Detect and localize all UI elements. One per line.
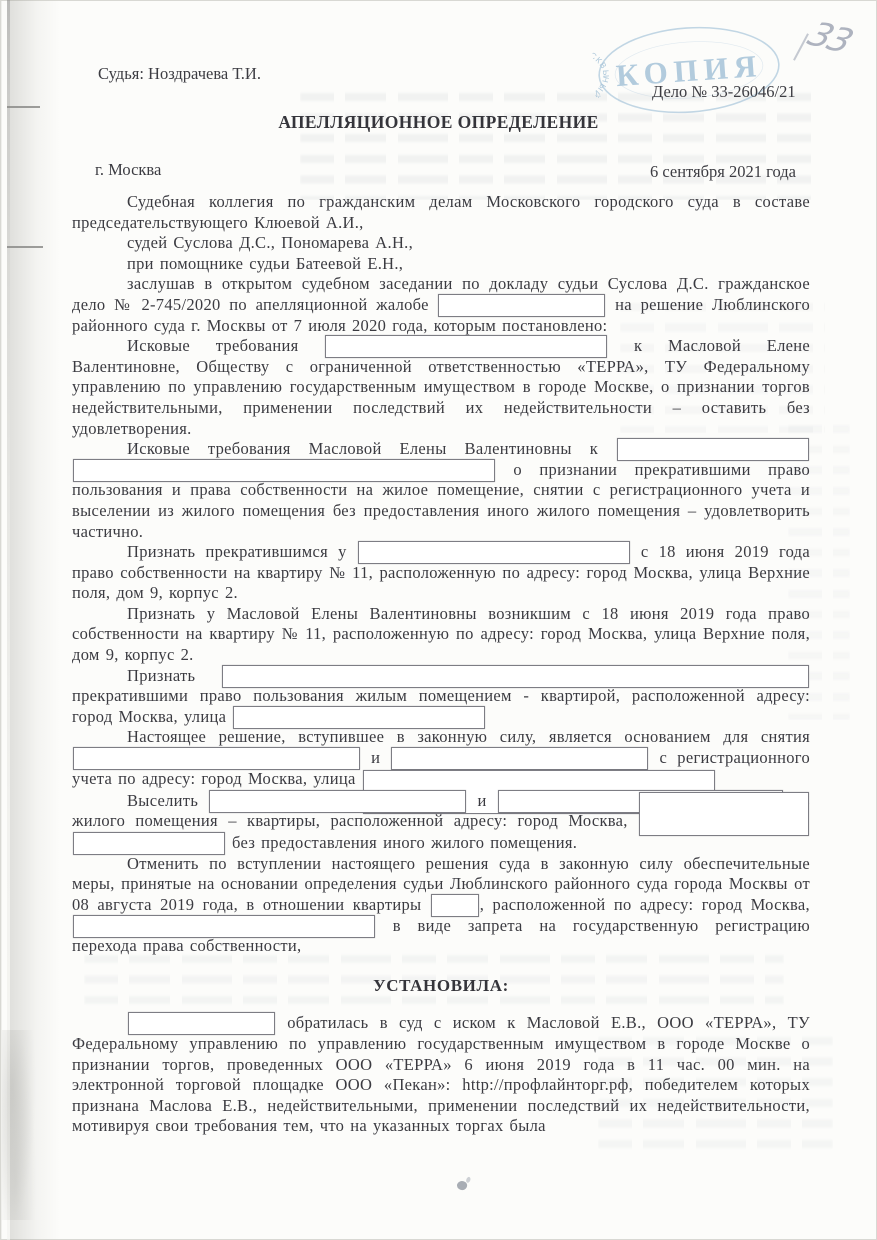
- redaction-box: [73, 915, 375, 938]
- document-body: Судебная коллегия по гражданским делам М…: [72, 192, 810, 1137]
- facts-section: обратилась в суд с иском к Масловой Е.В.…: [72, 1013, 810, 1137]
- svg-text:НЫЙ СУД • ГОРОДА МОСКВЫ • ЛЮБЛ: НЫЙ СУД • ГОРОДА МОСКВЫ • ЛЮБЛИНСКИЙ РАЙ…: [591, 23, 613, 123]
- paragraph: Исковые требования Масловой Елены Валент…: [72, 439, 810, 542]
- judge-line: Судья: Ноздрачева Т.И.: [98, 64, 261, 84]
- city-line: г. Москва: [95, 160, 161, 180]
- paragraph: Признать прекратившими право пользования…: [72, 666, 810, 728]
- paragraph: Судебная коллегия по гражданским делам М…: [72, 192, 810, 233]
- paragraph: Исковые требования к Масловой Елене Вале…: [72, 336, 810, 439]
- paragraph: Отменить по вступлении настоящего решени…: [72, 854, 810, 957]
- document-title: АПЕЛЛЯЦИОННОЕ ОПРЕДЕЛЕНИЕ: [0, 112, 877, 133]
- redaction-box: [73, 747, 360, 770]
- redaction-box: [209, 790, 466, 813]
- text-run: Настоящее решение, вступившее в законную…: [127, 727, 810, 746]
- paragraph: Признать прекратившимся у с 18 июня 2019…: [72, 542, 810, 604]
- redaction-box: [639, 792, 809, 836]
- redaction-box: [431, 894, 479, 917]
- redaction-box: [358, 541, 630, 564]
- paragraph: Настоящее решение, вступившее в законную…: [72, 727, 810, 790]
- paragraph: судей Суслова Д.С., Пономарева А.Н.,: [72, 233, 810, 254]
- text-run: , расположенной по адресу: город Москва,: [480, 895, 810, 914]
- text-run: без предоставления иного жилого помещени…: [226, 833, 577, 852]
- paragraph: Признать у Масловой Елены Валентиновны в…: [72, 604, 810, 666]
- redaction-box: [73, 832, 225, 855]
- copy-stamp: НЫЙ СУД • ГОРОДА МОСКВЫ • ЛЮБЛИНСКИЙ РАЙ…: [591, 17, 787, 122]
- paragraph: Выселить и из жилого помещения – квартир…: [72, 791, 810, 854]
- redaction-box: [222, 665, 809, 688]
- resolution-section: Судебная коллегия по гражданским делам М…: [72, 192, 810, 957]
- redaction-box: [233, 706, 485, 729]
- text-run: Исковые требования: [127, 336, 324, 355]
- paragraph: заслушав в открытом судебном заседании п…: [72, 274, 810, 336]
- paragraph: при помощнике судьи Батеевой Е.Н.,: [72, 254, 810, 275]
- redaction-box: [391, 747, 648, 770]
- ink-speck: [456, 1180, 468, 1192]
- text-run: при помощнике судьи Батеевой Е.Н.,: [127, 254, 403, 273]
- text-run: Судебная коллегия по гражданским делам М…: [72, 192, 810, 232]
- scan-fold-tick: [7, 106, 40, 108]
- text-run: Выселить: [127, 791, 208, 810]
- redaction-box: [325, 335, 607, 358]
- date-line: 6 сентября 2021 года: [650, 162, 796, 182]
- scan-smudge: [2, 1030, 36, 1220]
- text-run: судей Суслова Д.С., Пономарева А.Н.,: [127, 233, 413, 252]
- section-heading: УСТАНОВИЛА:: [72, 976, 810, 997]
- text-run: и: [467, 791, 497, 810]
- redaction-box: [617, 438, 809, 461]
- scanned-page: НЫЙ СУД • ГОРОДА МОСКВЫ • ЛЮБЛИНСКИЙ РАЙ…: [0, 0, 877, 1240]
- text-run: Признать у Масловой Елены Валентиновны в…: [72, 604, 810, 664]
- paragraph: обратилась в суд с иском к Масловой Е.В.…: [72, 1013, 810, 1137]
- text-run: и: [361, 748, 390, 767]
- text-run: Исковые требования Масловой Елены Валент…: [127, 439, 616, 458]
- case-number: Дело № 33-26046/21: [652, 82, 796, 102]
- text-run: Признать: [127, 666, 221, 685]
- text-run: Признать прекратившимся у: [127, 542, 357, 561]
- redaction-box: [438, 294, 605, 317]
- redaction-box: [73, 459, 495, 482]
- stamp-ring-text: НЫЙ СУД • ГОРОДА МОСКВЫ • ЛЮБЛИНСКИЙ РАЙ…: [591, 23, 613, 123]
- handwritten-page-number: 33: [802, 15, 858, 61]
- scan-fold-tick: [7, 246, 43, 248]
- redaction-box: [128, 1012, 275, 1035]
